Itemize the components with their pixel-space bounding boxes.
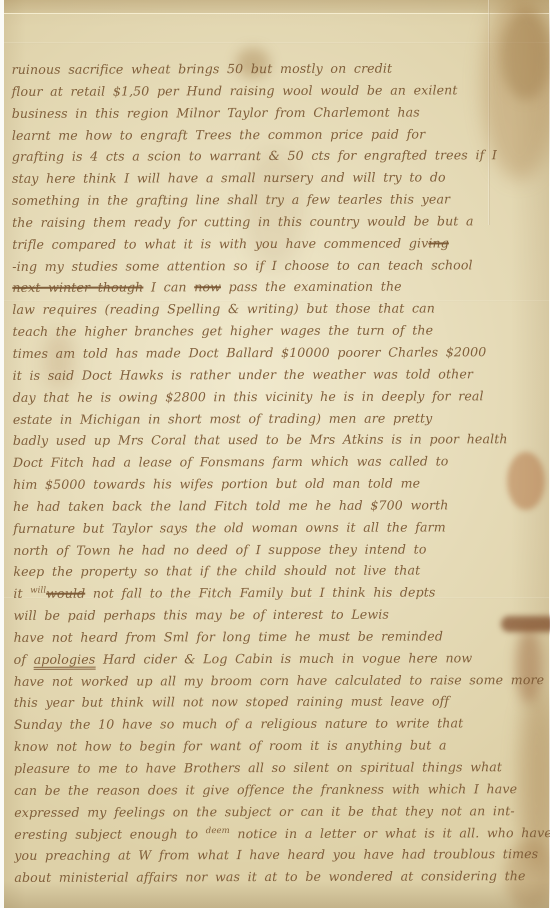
text-fragment: learnt me how to engraft Trees the commo… — [12, 126, 425, 142]
letter-line: north of Town he had no deed of I suppos… — [13, 541, 543, 565]
struck-text: next winter though — [12, 280, 143, 295]
letter-page: ruinous sacrifice wheat brings 50 but mo… — [4, 0, 549, 908]
text-fragment: something in the grafting line shall try… — [12, 191, 450, 208]
struck-text: now — [194, 280, 221, 295]
text-fragment: of — [14, 652, 34, 667]
fold-crease-horizontal-upper — [4, 42, 549, 44]
text-fragment: furnature but Taylor says the old woman … — [13, 519, 446, 536]
letter-line: estate in Michigan in short most of trad… — [13, 410, 543, 434]
text-fragment: this year but think will not now stoped … — [14, 694, 449, 711]
text-fragment: him $5000 towards his wifes portion but … — [13, 476, 420, 492]
text-fragment: pass the examination the — [221, 279, 402, 295]
letter-line: next winter though I can now pass the ex… — [12, 279, 542, 303]
text-fragment: business in this region Milnor Taylor fr… — [12, 104, 420, 120]
text-fragment: the raising them ready for cutting in th… — [12, 213, 474, 230]
letter-line: teach the higher branches get higher wag… — [12, 322, 542, 346]
text-fragment: Sunday the 10 have so much of a religiou… — [14, 716, 463, 733]
text-fragment: know not how to begin for want of room i… — [14, 738, 447, 755]
text-fragment: have not worked up all my broom corn hav… — [14, 672, 545, 689]
text-fragment: stay here think I will have a small nurs… — [12, 170, 446, 187]
text-fragment: badly used up Mrs Coral that used to be … — [13, 432, 508, 449]
text-fragment: will be paid perhaps this may be of inte… — [13, 607, 388, 623]
letter-line: flour at retail $1,50 per Hund raising w… — [12, 82, 542, 106]
text-fragment: have not heard from Sml for long time he… — [14, 628, 444, 644]
text-fragment: north of Town he had no deed of I suppos… — [13, 541, 426, 557]
inserted-text: will — [30, 586, 46, 596]
letter-line: Doct Fitch had a lease of Fonsmans farm … — [13, 453, 543, 477]
letter-line: times am told has made Doct Ballard $100… — [13, 344, 543, 368]
text-fragment: Doct Fitch had a lease of Fonsmans farm … — [13, 454, 449, 471]
text-fragment: not fall to the Fitch Family but I think… — [85, 585, 435, 601]
letter-line: this year but think will not now stoped … — [14, 694, 544, 718]
text-fragment: grafting is 4 cts a scion to warrant & 5… — [12, 148, 497, 165]
text-fragment: trifle compared to what it is with you h… — [12, 235, 428, 251]
letter-line: grafting is 4 cts a scion to warrant & 5… — [12, 147, 542, 171]
underlined-text: apologies — [34, 651, 96, 669]
letter-line: about ministerial affairs nor was it at … — [14, 868, 544, 892]
text-fragment: estate in Michigan in short most of trad… — [13, 410, 433, 426]
letter-body: ruinous sacrifice wheat brings 50 but mo… — [12, 60, 545, 892]
letter-line: law requires (reading Spelling & writing… — [12, 300, 542, 324]
text-fragment: I can — [143, 280, 194, 295]
text-fragment: can be the reason does it give offence t… — [14, 781, 517, 798]
paper-top-fold — [4, 0, 549, 14]
letter-line: ruinous sacrifice wheat brings 50 but mo… — [12, 60, 542, 84]
letter-line: learnt me how to engraft Trees the commo… — [12, 126, 542, 150]
text-fragment: teach the higher branches get higher wag… — [12, 323, 433, 339]
letter-line: him $5000 towards his wifes portion but … — [13, 475, 543, 499]
letter-line: the raising them ready for cutting in th… — [12, 213, 542, 237]
letter-line: have not worked up all my broom corn hav… — [14, 672, 544, 696]
text-fragment: about ministerial affairs nor was it at … — [14, 868, 525, 885]
letter-line: of apologies Hard cider & Log Cabin is m… — [14, 650, 544, 674]
letter-line: have not heard from Sml for long time he… — [14, 628, 544, 652]
text-fragment: flour at retail $1,50 per Hund raising w… — [12, 82, 458, 99]
struck-text: ing — [428, 235, 449, 250]
letter-line: you preaching at W from what I have hear… — [14, 846, 544, 870]
letter-line: it willwould not fall to the Fitch Famil… — [13, 584, 543, 608]
text-fragment: pleasure to me to have Brothers all so s… — [14, 759, 502, 776]
letter-line: furnature but Taylor says the old woman … — [13, 519, 543, 543]
text-fragment: Hard cider & Log Cabin is much in vogue … — [95, 650, 472, 666]
letter-line: it is said Doct Hawks is rather under th… — [13, 366, 543, 390]
text-fragment: expressed my feelings on the subject or … — [14, 803, 515, 820]
letter-line: Sunday the 10 have so much of a religiou… — [14, 715, 544, 739]
letter-line: can be the reason does it give offence t… — [14, 781, 544, 805]
text-fragment: day that he is owing $2800 in this vicin… — [13, 388, 484, 405]
letter-line: day that he is owing $2800 in this vicin… — [13, 388, 543, 412]
letter-line: business in this region Milnor Taylor fr… — [12, 104, 542, 128]
text-fragment: -ing my studies some attention so if I c… — [12, 257, 472, 274]
scanned-letter: ruinous sacrifice wheat brings 50 but mo… — [0, 0, 550, 908]
text-fragment: notice in a letter or what is it all. wh… — [230, 825, 550, 841]
struck-text: would — [46, 586, 85, 601]
letter-line: he had taken back the land Fitch told me… — [13, 497, 543, 521]
letter-line: will be paid perhaps this may be of inte… — [13, 606, 543, 630]
letter-line: keep the property so that if the child s… — [13, 562, 543, 586]
letter-line: know not how to begin for want of room i… — [14, 737, 544, 761]
letter-line: something in the grafting line shall try… — [12, 191, 542, 215]
text-fragment: it is said Doct Hawks is rather under th… — [13, 366, 473, 383]
letter-line: expressed my feelings on the subject or … — [14, 803, 544, 827]
text-fragment: you preaching at W from what I have hear… — [14, 846, 538, 863]
inserted-text: deem — [206, 826, 230, 836]
text-fragment: it — [13, 586, 30, 601]
letter-line: badly used up Mrs Coral that used to be … — [13, 431, 543, 455]
text-fragment: keep the property so that if the child s… — [13, 563, 420, 579]
letter-line: pleasure to me to have Brothers all so s… — [14, 759, 544, 783]
text-fragment: ruinous sacrifice wheat brings 50 but mo… — [12, 61, 393, 77]
text-fragment: law requires (reading Spelling & writing… — [12, 301, 435, 317]
letter-line: stay here think I will have a small nurs… — [12, 169, 542, 193]
text-fragment: times am told has made Doct Ballard $100… — [13, 344, 487, 361]
text-fragment: eresting subject enough to — [14, 826, 206, 842]
text-fragment: he had taken back the land Fitch told me… — [13, 497, 448, 514]
letter-line: trifle compared to what it is with you h… — [12, 235, 542, 259]
letter-line: -ing my studies some attention so if I c… — [12, 257, 542, 281]
letter-line: eresting subject enough to deem notice i… — [14, 825, 544, 849]
